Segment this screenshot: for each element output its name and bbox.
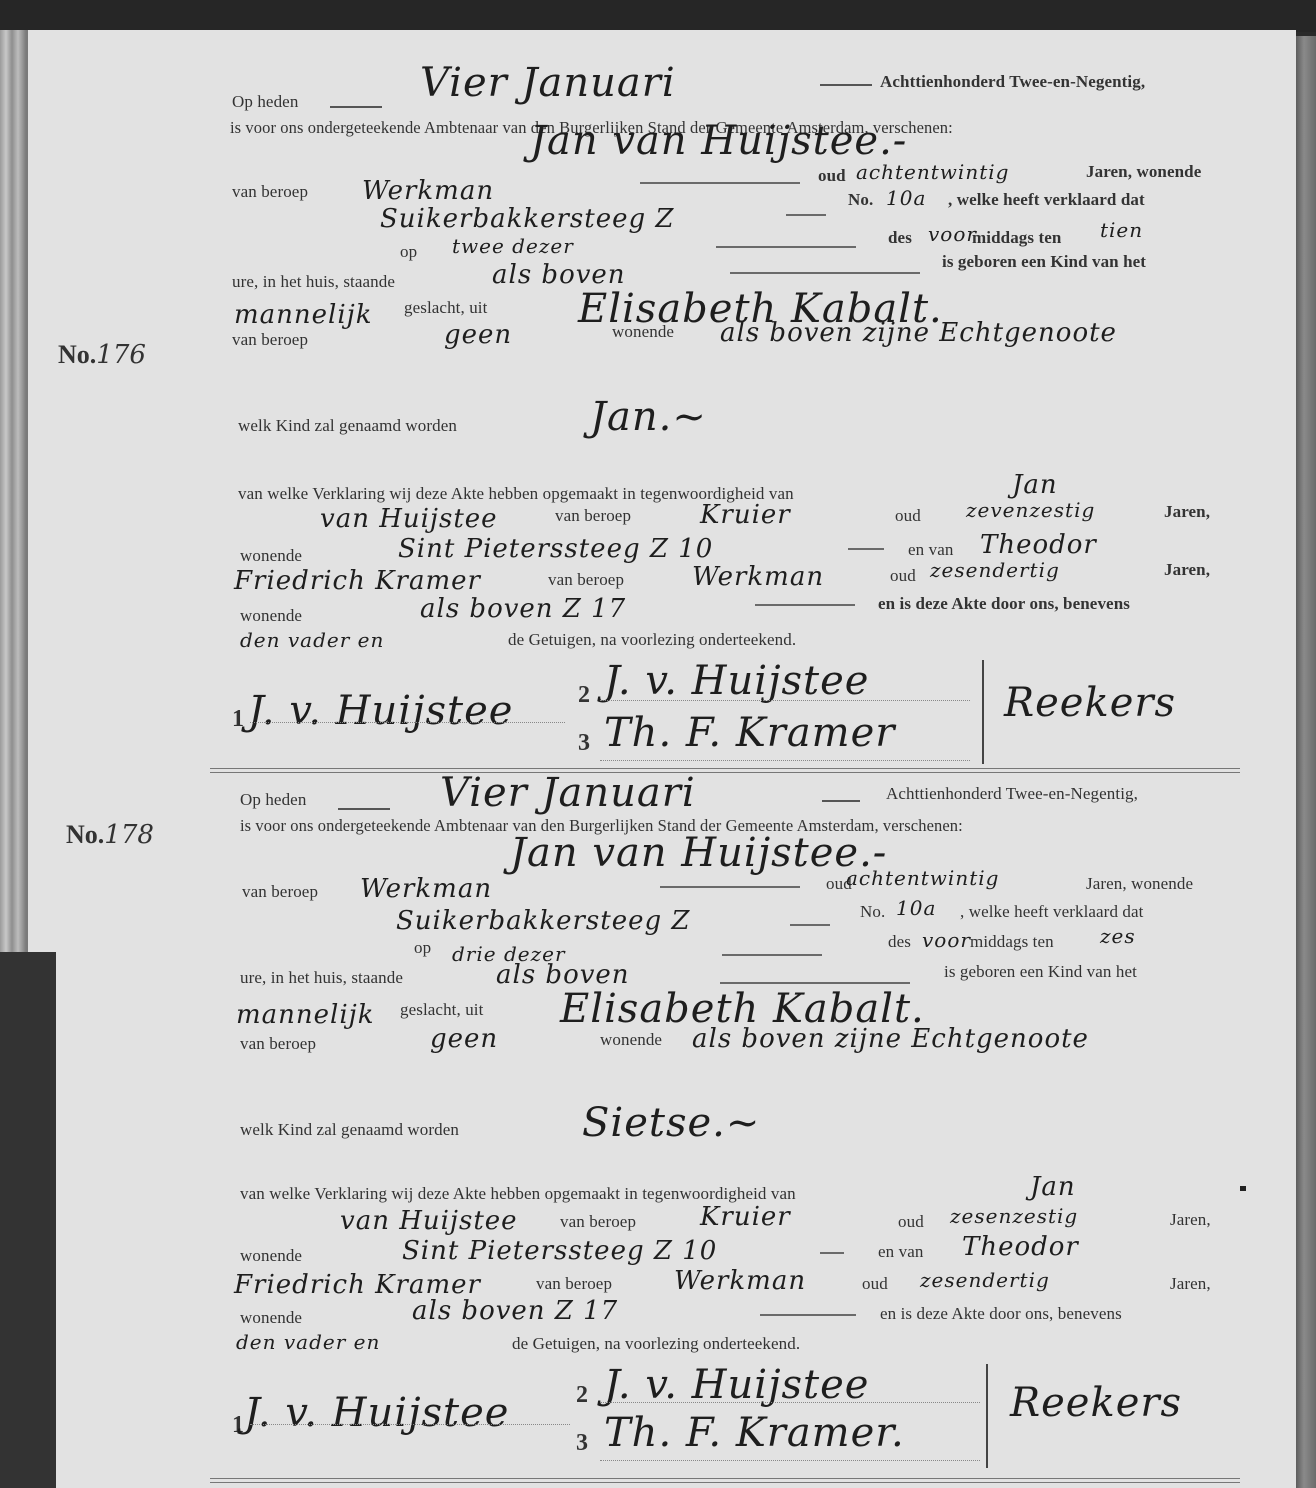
child-name: Sietse.~ xyxy=(582,1100,760,1146)
signature-brace xyxy=(982,660,990,764)
witness2-occupation: Werkman xyxy=(692,562,824,592)
fill-rule xyxy=(338,808,390,810)
entry-number: No.178 xyxy=(66,820,154,850)
witness1-occupation: Kruier xyxy=(700,500,791,530)
label-jaren-w2: Jaren, xyxy=(1164,560,1210,580)
witness2-address: als boven Z 17 xyxy=(420,594,626,624)
mother-occupation: geen xyxy=(430,1024,498,1054)
label-getuigen: de Getuigen, na voorlezing onderteekend. xyxy=(512,1334,800,1354)
mother-residence: als boven zijne Echtgenoote xyxy=(720,318,1117,348)
signature-index-2: 2 xyxy=(578,682,590,709)
label-no: No. xyxy=(860,902,885,922)
label-jaren-wonende: Jaren, wonende xyxy=(1086,162,1201,182)
date-handwritten: Vier Januari xyxy=(420,60,676,106)
vader-note: den vader en xyxy=(236,1330,380,1354)
father-address: Suikerbakkersteeg Z xyxy=(380,204,674,234)
label-akte: en is deze Akte door ons, benevens xyxy=(880,1304,1122,1324)
entry-number: No.176 xyxy=(58,340,146,370)
signature-witness-1: J. v. Huijstee xyxy=(604,658,869,704)
signature-line xyxy=(600,1460,980,1461)
label-year: Achttienhonderd Twee-en-Negentig, xyxy=(880,72,1145,92)
birth-hour: zes xyxy=(1100,924,1136,948)
signature-official: Reekers xyxy=(1010,1380,1182,1426)
witness1-age: zevenzestig xyxy=(966,498,1095,522)
label-op-heden: Op heden xyxy=(232,92,298,112)
label-beroep: van beroep xyxy=(232,182,308,202)
fill-rule xyxy=(720,982,910,984)
father-address: Suikerbakkersteeg Z xyxy=(396,906,690,936)
house-number: 10a xyxy=(896,896,936,920)
fill-rule xyxy=(640,182,800,184)
label-year: Achttienhonderd Twee-en-Negentig, xyxy=(886,784,1138,804)
father-name: Jan van Huijstee.- xyxy=(510,830,887,876)
signature-line xyxy=(250,1424,570,1425)
label-geslacht: geslacht, uit xyxy=(404,298,487,318)
label-beroep-w1: van beroep xyxy=(555,506,631,526)
label-en-van: en van xyxy=(908,540,953,560)
witness2-age: zesendertig xyxy=(920,1268,1050,1292)
signature-brace xyxy=(986,1364,994,1468)
book-binding-shadow xyxy=(0,952,56,1488)
fill-rule xyxy=(660,886,800,888)
sex: mannelijk xyxy=(234,300,372,330)
fill-rule xyxy=(848,548,884,550)
signature-index-1: 1 xyxy=(232,706,244,733)
label-wonende-w2: wonende xyxy=(240,606,302,626)
signature-line xyxy=(600,760,970,761)
witness2-first: Theodor xyxy=(980,530,1097,560)
label-beroep-mother: van beroep xyxy=(240,1034,316,1054)
signature-index-3: 3 xyxy=(576,1430,588,1457)
date-handwritten: Vier Januari xyxy=(440,770,696,816)
label-op: op xyxy=(400,242,417,262)
father-occupation: Werkman xyxy=(362,176,494,206)
label-verklaard: , welke heeft verklaard dat xyxy=(960,902,1143,922)
signature-line xyxy=(600,1402,980,1403)
signature-index-3: 3 xyxy=(578,730,590,757)
signature-index-2: 2 xyxy=(576,1382,588,1409)
label-oud: oud xyxy=(818,166,846,186)
witness2-first: Theodor xyxy=(962,1232,1079,1262)
fill-rule xyxy=(730,272,920,274)
fill-rule xyxy=(716,246,856,248)
label-beroep: van beroep xyxy=(242,882,318,902)
daypart: voor xyxy=(922,928,971,952)
witness1-age: zesenzestig xyxy=(950,1204,1078,1228)
label-genaamd: welk Kind zal genaamd worden xyxy=(240,1120,459,1140)
witness1-address: Sint Pieterssteeg Z 10 xyxy=(402,1236,717,1266)
label-verklaard: , welke heeft verklaard dat xyxy=(948,190,1145,210)
witness2-occupation: Werkman xyxy=(674,1266,806,1296)
label-jaren-wonende: Jaren, wonende xyxy=(1086,874,1193,894)
mother-residence: als boven zijne Echtgenoote xyxy=(692,1024,1089,1054)
signature-line xyxy=(250,722,565,723)
label-ure: ure, in het huis, staande xyxy=(240,968,403,988)
label-wonende-w2: wonende xyxy=(240,1308,302,1328)
fill-rule xyxy=(820,84,872,86)
label-jaren-w2: Jaren, xyxy=(1170,1274,1211,1294)
father-age: achtentwintig xyxy=(856,160,1009,184)
label-genaamd: welk Kind zal genaamd worden xyxy=(238,416,457,436)
father-age: achtentwintig xyxy=(846,866,999,890)
witness1-surname: van Huijstee xyxy=(340,1206,518,1236)
signature-index-1: 1 xyxy=(232,1412,244,1439)
label-beroep-w1: van beroep xyxy=(560,1212,636,1232)
label-middags-ten: middags ten xyxy=(972,228,1061,248)
witness2-address: als boven Z 17 xyxy=(412,1296,618,1326)
fill-rule xyxy=(755,604,855,606)
witness1-address: Sint Pieterssteeg Z 10 xyxy=(398,534,713,564)
label-oud-w1: oud xyxy=(898,1212,924,1232)
signature-official: Reekers xyxy=(1004,680,1176,726)
label-akte: en is deze Akte door ons, benevens xyxy=(878,594,1130,614)
fill-rule xyxy=(760,1314,856,1316)
fill-rule xyxy=(790,924,830,926)
child-name: Jan.~ xyxy=(590,394,707,440)
label-verklaring: van welke Verklaring wij deze Akte hebbe… xyxy=(240,1184,796,1204)
signature-father: J. v. Huijstee xyxy=(248,688,513,734)
fill-rule xyxy=(330,106,382,108)
label-beroep-mother: van beroep xyxy=(232,330,308,350)
daypart: voor xyxy=(928,222,977,246)
witness2-surname: Friedrich Kramer xyxy=(234,566,481,596)
sex: mannelijk xyxy=(236,1000,374,1030)
scanner-background-top xyxy=(0,0,1316,32)
label-des: des xyxy=(888,932,911,952)
label-wonende: wonende xyxy=(600,1030,662,1050)
label-geboren: is geboren een Kind van het xyxy=(942,252,1146,272)
mother-occupation: geen xyxy=(444,320,512,350)
register-page xyxy=(24,30,1296,1488)
entry-separator xyxy=(210,1478,1240,1483)
label-wonende-w1: wonende xyxy=(240,546,302,566)
fill-rule xyxy=(822,800,860,802)
father-occupation: Werkman xyxy=(360,874,492,904)
label-op: op xyxy=(414,938,431,958)
birth-day: twee dezer xyxy=(452,234,574,258)
label-getuigen: de Getuigen, na voorlezing onderteekend. xyxy=(508,630,796,650)
fill-rule xyxy=(786,214,826,216)
label-jaren-w1: Jaren, xyxy=(1164,502,1210,522)
label-op-heden: Op heden xyxy=(240,790,306,810)
vader-note: den vader en xyxy=(240,628,384,652)
label-des: des xyxy=(888,228,912,248)
signature-father: J. v. Huijstee xyxy=(244,1390,509,1436)
label-beroep-w2: van beroep xyxy=(548,570,624,590)
label-no: No. xyxy=(848,190,873,210)
label-oud-w2: oud xyxy=(862,1274,888,1294)
signature-witness-2: Th. F. Kramer xyxy=(604,710,895,756)
label-oud-w1: oud xyxy=(895,506,921,526)
witness1-surname: van Huijstee xyxy=(320,504,498,534)
witness1-first: Jan xyxy=(1030,1172,1076,1202)
label-middags-ten: middags ten xyxy=(970,932,1054,952)
witness2-age: zesendertig xyxy=(930,558,1060,582)
label-jaren-w1: Jaren, xyxy=(1170,1210,1211,1230)
label-ure: ure, in het huis, staande xyxy=(232,272,395,292)
label-geboren: is geboren een Kind van het xyxy=(944,962,1137,982)
book-binding-right xyxy=(1296,36,1316,1488)
father-name: Jan van Huijstee.- xyxy=(530,118,907,164)
witness1-occupation: Kruier xyxy=(700,1202,791,1232)
fill-rule xyxy=(722,954,822,956)
ink-spot xyxy=(1240,1186,1246,1191)
house-number: 10a xyxy=(886,186,926,210)
signature-witness-2: Th. F. Kramer. xyxy=(604,1410,905,1456)
witness1-first: Jan xyxy=(1012,470,1058,500)
fill-rule xyxy=(820,1252,844,1254)
label-wonende-w1: wonende xyxy=(240,1246,302,1266)
label-beroep-w2: van beroep xyxy=(536,1274,612,1294)
entry-separator xyxy=(210,768,1240,773)
label-geslacht: geslacht, uit xyxy=(400,1000,483,1020)
label-wonende: wonende xyxy=(612,322,674,342)
birth-hour: tien xyxy=(1100,218,1143,242)
label-en-van: en van xyxy=(878,1242,923,1262)
label-oud-w2: oud xyxy=(890,566,916,586)
signature-line xyxy=(600,700,970,701)
